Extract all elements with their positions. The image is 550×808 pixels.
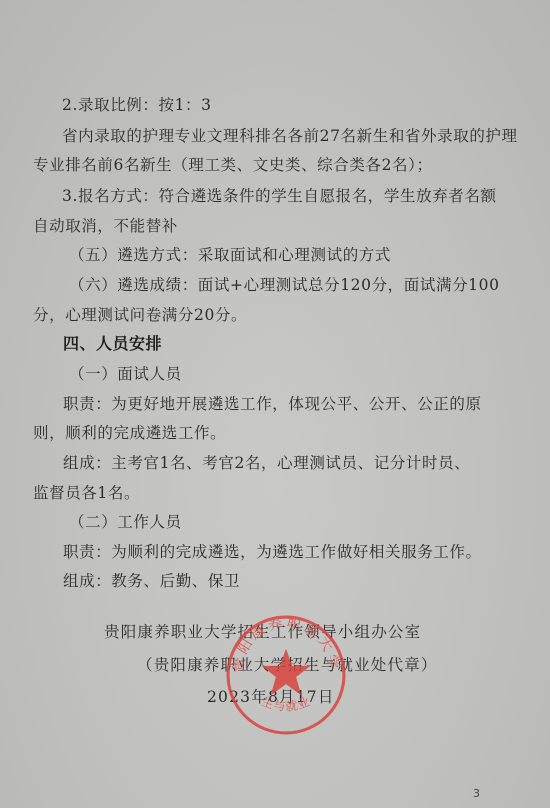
page-number: 3	[473, 787, 480, 800]
admission-ratio: 2.录取比例：按1：3	[62, 95, 212, 115]
signature-seal-note: （贵阳康养职业大学招生与就业处代章）	[137, 655, 438, 675]
signature-office: 贵阳康养职业大学招生工作领导小组办公室	[104, 622, 421, 642]
section-heading-staffing: 四、人员安排	[63, 334, 162, 354]
selection-method: （五）遴选方式：采取面试和心理测试的方式	[69, 245, 391, 265]
subsection-staff: （二）工作人员	[69, 512, 182, 532]
paragraph-line: 则，顺利的完成遴选工作。	[33, 423, 226, 443]
registration-method: 3.报名方式：符合遴选条件的学生自愿报名，学生放弃者名额	[62, 186, 497, 206]
paragraph-line: 职责：为顺利的完成遴选，为遴选工作做好相关服务工作。	[63, 542, 482, 562]
document-page: 2.录取比例：按1：3 省内录取的护理专业文理科排名各前27名新生和省外录取的护…	[0, 0, 550, 808]
signature-date: 2023年8月17日	[207, 687, 335, 707]
selection-score: （六）遴选成绩：面试+心理测试总分120分，面试满分100	[69, 275, 500, 295]
paragraph-line: 省内录取的护理专业文理科排名各前27名新生和省外录取的护理	[62, 126, 518, 146]
subsection-interviewers: （一）面试人员	[69, 364, 182, 384]
paragraph-line: 组成：教务、后勤、保卫	[63, 571, 240, 591]
paragraph-line: 组成：主考官1名、考官2名，心理测试员、记分计时员、	[63, 453, 470, 473]
paragraph-line: 监督员各1名。	[33, 483, 140, 503]
paragraph-line: 分，心理测试问卷满分20分。	[33, 305, 247, 325]
paragraph-line: 职责：为更好地开展遴选工作，体现公平、公开、公正的原	[63, 394, 482, 414]
paragraph-line: 专业排名前6名新生（理工类、文史类、综合类各2名）；	[33, 155, 433, 175]
paragraph-line: 自动取消，不能替补	[33, 216, 178, 236]
